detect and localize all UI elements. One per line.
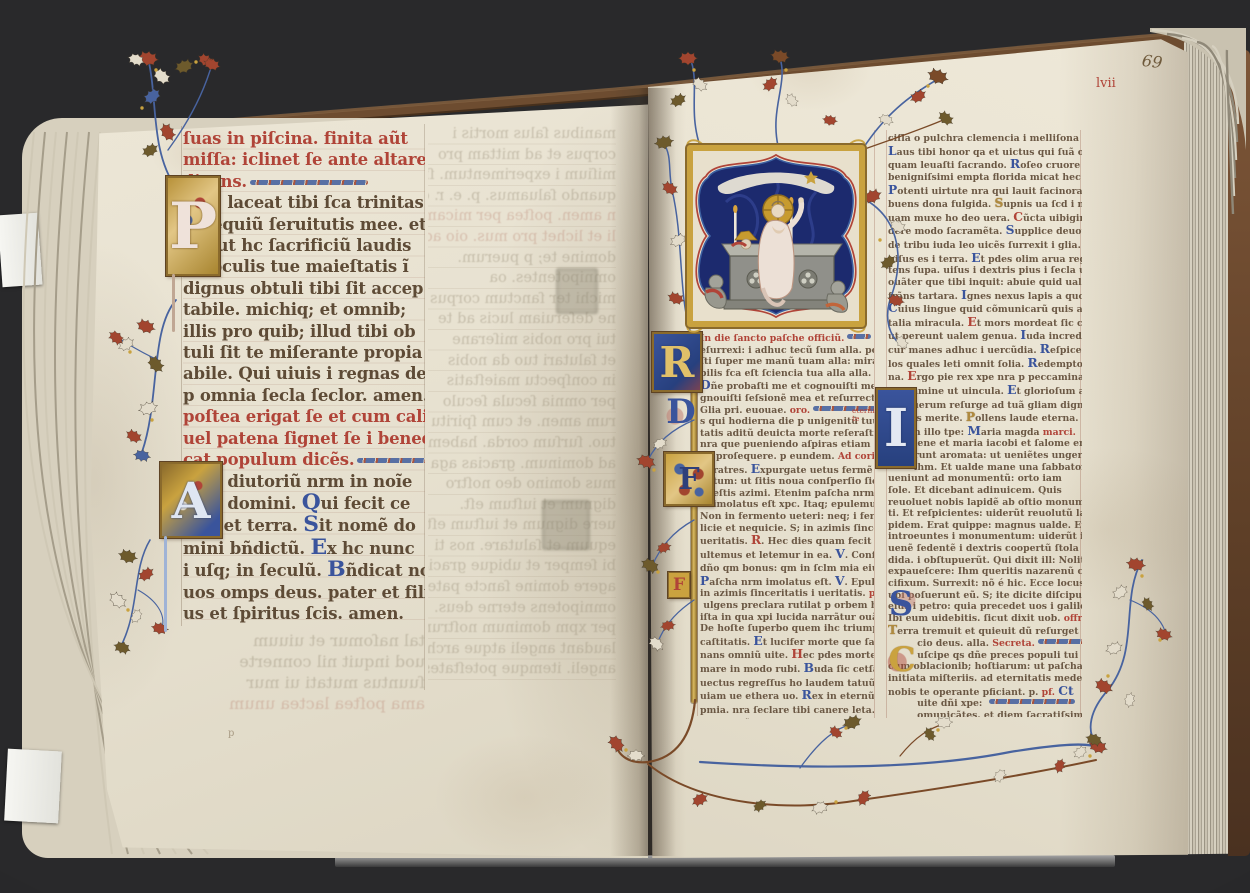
initial-resurrexi: R — [652, 332, 702, 392]
text-segment: uel patena ſignet ſe i benedi — [183, 429, 425, 448]
text-segment: lene et maria iacobi et ſalome eme — [888, 438, 1082, 449]
text-segment: t lucifer morte que ſauciã — [763, 637, 874, 648]
text-line: us et ſpiritus ſcis. amen. — [183, 603, 425, 624]
text-segment: R — [1010, 156, 1020, 171]
text-segment: upplice deuotaq; cet — [1014, 226, 1082, 237]
text-line: eſtis azimi. Etenim paſcha nrm: — [700, 488, 874, 500]
text-line: Hic uerum reſurge ad tuã gliam digna re — [888, 398, 1082, 412]
text-segment: pidem. Erat quippe: magnus ualde. Et — [888, 520, 1082, 531]
text-line: uod inquit nil connerte — [183, 651, 425, 672]
initial-communicantes: C — [886, 640, 918, 680]
text-segment: eſpice quo — [1050, 345, 1082, 356]
text-segment: iſta in qua xpi lucida narrãtur ouãs pre… — [700, 612, 874, 623]
text-segment: eſurrexi: i adhuc tecũ ſum alla. poſui — [700, 345, 874, 356]
text-segment: n amen. poſtea per micam — [428, 208, 616, 224]
text-segment: ñdicat no — [345, 561, 425, 580]
text-segment: quam leuaſti ſacrando. — [888, 160, 1010, 171]
text-line: eius i petro: quia precedet uos i galile… — [888, 601, 1082, 613]
text-line: dño qm bonus: qm in ſclm mia eius. Al — [700, 561, 874, 575]
text-line: ama poſtea lactea unum — [183, 693, 425, 714]
initial-fratres: F — [664, 452, 714, 506]
text-segment: uite dñi xpe: — [888, 698, 986, 709]
quire-mark: p — [228, 728, 234, 739]
text-segment: R — [751, 532, 761, 547]
text-line: in conſpectu maieſtatis — [428, 371, 616, 392]
pen-flourish — [357, 458, 425, 463]
text-line: ſuuntus mutati ui mur — [183, 672, 425, 693]
text-segment: de tribu iuda leo uicẽs ſurrexit i glia. — [888, 240, 1082, 251]
pen-flourish — [1038, 639, 1082, 644]
initial-suscipe: S — [886, 584, 916, 624]
text-line: eſurrexi: i adhuc tecũ ſum alla. poſui — [700, 345, 874, 357]
text-segment: per omnia ſecula ſeculo — [443, 394, 616, 410]
text-line: dignus obtuli tibi ſit accep — [183, 278, 425, 299]
text-line: expaueſcere: Ihm queritis nazarenũ cru — [888, 566, 1082, 578]
text-segment: dida. i obſtupuerũt. Qui dixit ill: Noli… — [888, 555, 1082, 566]
text-line: in azimis ſinceritatis i ueritatis. proſ… — [700, 588, 874, 600]
text-line: gnouiſti ſeſsionẽ mea et reſurrectionẽ m… — [700, 393, 874, 405]
text-segment: licie et nequicie. S; in azimis ſincerit… — [700, 523, 874, 534]
text-segment: tuli ſit te miſerante propia — [183, 343, 422, 362]
text-segment: omunicãtes. et diem ſacratiſsimũ ce — [888, 710, 1082, 717]
text-line: De hoſte ſuperbo quem ihc triumphauit pu… — [700, 623, 874, 635]
text-line: Cuius lingue quid cõmunicarũ quis audiui… — [888, 302, 1082, 316]
text-line: na. Ergo pie rex xpe nra p peccamina. Si — [888, 370, 1082, 384]
text-line: ne crimine ut uincula. Et glorioſum agni… — [888, 384, 1082, 398]
text-line: ouãter que tibi inquit: abuie quid ualet… — [888, 277, 1082, 289]
text-segment: tui pro nobis miſerane — [452, 332, 616, 348]
initial-placeat: P — [166, 176, 220, 276]
text-segment: t glorioſum agnicule — [1016, 386, 1082, 397]
text-segment: t mors mordeat ſic captiue — [977, 318, 1082, 329]
folio-number: 69 — [1141, 51, 1164, 72]
text-line: tuli ſit te miſerante propia — [183, 342, 425, 363]
text-segment: C — [1013, 209, 1023, 224]
text-line: uam muxe ho deo uera. Cũcta uibiginie pa… — [888, 211, 1082, 225]
text-segment: abile. Qui uiuis i regnas de — [183, 364, 425, 383]
text-line: talia miracula. Et mors mordeat ſic capt… — [888, 316, 1082, 330]
text-segment: ouãter que tibi inquit: abuie quid ualet… — [888, 277, 1082, 288]
text-segment: runt aromata: ut ueniẽtes ungerẽt — [888, 450, 1082, 461]
text-line: bilis fca eſt ſciencia tua alla alla. pſ — [700, 368, 874, 380]
text-line: co decorẽt uoce: qui morte ſupata atq; t… — [700, 716, 874, 719]
text-line: per xpm dominum noſtrum. — [428, 618, 616, 639]
text-line: angeli. itemque poteſtates. — [428, 659, 616, 680]
text-segment: uda incredula — [1026, 331, 1082, 342]
text-segment: corpus et ad mittam pro — [438, 147, 616, 163]
text-line: ueritatis. R. Hec dies quam fecit dñs ex — [700, 534, 874, 548]
text-segment: gnes nexus lapis a quo uictoria. — [967, 291, 1082, 302]
text-line: uiam ue ethera uo. Rex in eternũ ſuſcipe… — [700, 689, 874, 703]
text-segment: nans omniũ uite. — [700, 650, 791, 661]
text-segment: uod inquit nil connerte — [239, 652, 425, 671]
marginal-note: eterni te — [852, 407, 880, 423]
text-segment: frãns tartara. — [888, 291, 961, 302]
pen-flourish — [989, 699, 1075, 704]
text-segment: uectus regreſſus ho laudem tatuũ. — [700, 678, 874, 689]
text-segment: P — [700, 573, 709, 588]
text-segment: ollens laude eterna. — [975, 413, 1082, 424]
text-line: ueniunt ad monumentũ: orto iam — [888, 473, 1082, 485]
text-line: ihm. Et ualde mane una ſabbatorũ — [888, 462, 1082, 474]
text-segment: i uſq; in ſeculũ. — [183, 561, 327, 580]
text-segment: offr. — [1064, 613, 1082, 624]
text-line: agere domine ſancte pater — [428, 577, 616, 598]
text-segment: E — [753, 633, 762, 648]
text-segment: in conſpectu maieſtatis — [447, 373, 616, 389]
text-segment: Ad corinthios — [838, 451, 874, 462]
text-line: uectus regreſſus ho laudem tatuũ. Dñi ue… — [700, 676, 874, 690]
text-segment: ſti ſuper me manũ tuam alla: mira — [700, 356, 874, 367]
text-line: tal naſomur et uiuum — [183, 630, 425, 651]
left-column-2-showthrough: manibus ſalus mortis icorpus et ad mitta… — [428, 124, 616, 690]
text-segment: eſtis azimi. Etenim paſcha nrm: — [700, 488, 874, 499]
text-line: laudant angeli atque arch — [428, 639, 616, 660]
text-segment: S — [303, 512, 319, 537]
text-segment: ama poſtea lactea unum — [229, 694, 425, 713]
text-line: uel patena ſignet ſe i benedi — [183, 428, 425, 449]
text-segment: in azimis ſinceritatis i ueritatis. — [700, 588, 869, 599]
text-segment: E — [907, 368, 916, 383]
text-line: dida. i obſtupuerũt. Qui dixit ill: Noli… — [888, 555, 1082, 567]
text-line: ratres. Expurgate uetus fermẽ — [700, 463, 874, 477]
text-line: ſiſtens merite. Pollens laude eterna. Sc… — [888, 411, 1082, 425]
text-segment: ex in eternũ ſuſcipe benignus — [812, 691, 874, 702]
text-segment: aria magda — [981, 427, 1043, 438]
text-segment: R — [1028, 355, 1038, 370]
text-line: miſium i experimentum. ſit — [428, 165, 616, 186]
text-line: uenẽ ſedentẽ i dextris coopertũ ſtola cã — [888, 543, 1082, 555]
text-segment: tens ſupa. uiſus i dextris pius i ſecla … — [888, 265, 1082, 276]
text-segment: miſſa: iclinet ſe ante altare — [183, 150, 425, 169]
text-segment: ut pereunt ualem genua. — [888, 331, 1020, 342]
text-line: licie et nequicie. S; in azimis ſincerit… — [700, 523, 874, 535]
text-line: reuoluet nobis lapidẽ ab oſtio monumẽ — [888, 497, 1082, 509]
text-segment: do proſequere. p eundem. — [700, 451, 838, 462]
text-line: imolatus eſt xpc. Itaq; epulemur — [700, 499, 874, 511]
text-segment: tum: ut ſitis noua conſperſio ſicut — [700, 476, 874, 487]
text-line: iſta in qua xpi lucida narrãtur ouãs pre… — [700, 612, 874, 624]
text-line: ut pereunt ualem genua. Iuda incredula — [888, 329, 1082, 343]
text-segment: quando ſaluamus. p. e. r. o — [428, 188, 616, 204]
text-segment: ultemus et letemur in ea. — [700, 550, 835, 561]
text-segment: ui fecit ce — [321, 494, 411, 513]
text-segment: . Confitemini — [845, 550, 874, 561]
text-line: et ſalutari tuo da nobis — [428, 351, 616, 372]
text-line: tuo. ſurſum corda. habemus — [428, 433, 616, 454]
text-line: Potenti uirtute nra qui lauit facinora. … — [888, 184, 1082, 198]
text-segment: aus tibi honor qa et uictus qui ſuã ouẽ — [897, 147, 1082, 158]
text-line: introeuntes i monumentum: uiderũt iu — [888, 531, 1082, 543]
text-line: ſti ſuper me manũ tuam alla: mira — [700, 356, 874, 368]
text-line: Non in fermento ueteri: neq; i fermẽto m… — [700, 511, 874, 523]
text-segment: domine te; p puerum. — [457, 250, 616, 266]
text-line: caſtitatis. Et lucifer morte que ſauciã — [700, 635, 874, 649]
pen-flourish — [250, 180, 368, 185]
left-column-1-showthrough: tal naſomur et uiuumuod inquit nil conne… — [183, 630, 425, 722]
text-segment: Non in fermento ueteri: neq; i fermẽto m… — [700, 511, 874, 522]
text-segment: De hoſte ſuperbo quem ihc triumphauit pu… — [700, 623, 874, 634]
text-segment: buens dona fulgida. — [888, 199, 994, 210]
text-segment: introeuntes i monumentum: uiderũt iu — [888, 531, 1082, 542]
manuscript-photo: ſuas in piſcina. finita aũtmiſſa: icline… — [0, 0, 1250, 893]
text-segment: P — [888, 182, 897, 197]
text-segment: oro. — [790, 405, 810, 416]
text-segment: Q — [302, 490, 321, 515]
text-segment: marci. — [1043, 427, 1076, 438]
text-line: Ibi eum uidebitis. ſicut dixit uob. offr… — [888, 613, 1082, 625]
text-segment: ad dominum. gracias aga — [431, 456, 616, 472]
text-segment: imolatus eſt xpc. Itaq; epulemur — [700, 499, 874, 510]
text-segment: ubi poſuerunt eũ. S; ite dicite diſcipul… — [888, 590, 1082, 601]
text-line: corpus et ad mittam pro — [428, 145, 616, 166]
text-segment: H — [791, 646, 803, 661]
text-segment: ſole. Et dicebant adinuicem. Quis — [888, 485, 1062, 496]
text-segment: mini bñdictũ. — [183, 539, 310, 558]
text-line: poſtea erigat ſe et cum calice — [183, 406, 425, 427]
text-segment: V — [835, 546, 845, 561]
text-segment: uenẽ ſedentẽ i dextris coopertũ ſtola cã — [888, 543, 1082, 554]
text-line: frãns tartara. Ignes nexus lapis a quo u… — [888, 289, 1082, 303]
text-segment: dño qm bonus: qm in ſclm mia eius. — [700, 563, 874, 574]
text-segment: mare in modo rubi. — [700, 664, 804, 675]
text-line: ſuas in piſcina. finita aũt — [183, 128, 425, 149]
text-segment: Ct — [1058, 683, 1073, 698]
text-segment: edemptor carmi — [1038, 359, 1082, 370]
initial-deus-qui: D — [666, 392, 696, 432]
text-segment: gnouiſti ſeſsionẽ mea et reſurrectionẽ m… — [700, 393, 874, 404]
text-segment: poſtea erigat ſe et cum calice — [183, 407, 425, 426]
text-segment: ñe probaſti me et cognouiſti me: tu co — [711, 381, 874, 392]
text-segment: et ſalutari tuo da nobis — [448, 353, 616, 369]
text-segment: erra tremuit et quieuit dũ reſurget i iu… — [897, 626, 1082, 637]
text-segment: ueniunt ad monumentũ: orto iam — [888, 473, 1062, 484]
text-line: benigniſsimi empta florida micat hec aul… — [888, 172, 1082, 184]
text-segment: tabile. michiq; et omnib; — [183, 300, 406, 319]
text-line: ad dominum. gracias aga — [428, 454, 616, 475]
text-segment: omnipotens eterne deus. — [434, 600, 616, 616]
text-line: nobis te operante pficiant. p. pf. Ct — [888, 685, 1082, 699]
text-line: tabile. michiq; et omnib; — [183, 299, 425, 320]
text-line: pidem. Erat quippe: magnus ualde. Et — [888, 520, 1082, 532]
text-line: rum amen. et cum ſpiritu — [428, 412, 616, 433]
text-segment: rgo pie rex xpe nra p peccamina. — [917, 372, 1082, 383]
text-line: do proſequere. p eundem. Ad corinthios — [700, 451, 874, 463]
text-line: s qui hodierna die p unigenitũ tuũ etern… — [700, 416, 874, 428]
text-segment: ti. Et reſpicientes: uiderũt reuolutũ la — [888, 508, 1082, 519]
text-segment: S — [994, 195, 1003, 210]
text-segment: E — [971, 250, 980, 265]
text-segment: mus domino deo noſtro — [446, 476, 616, 492]
text-segment: per xpm dominum noſtrum. — [428, 620, 616, 636]
text-segment: x hc nunc — [327, 539, 415, 558]
text-segment: bilis fca eſt ſciencia tua alla alla. — [700, 368, 874, 379]
text-segment: Glia pri. euouae. — [700, 405, 790, 416]
initial-fulgens: F — [668, 572, 690, 598]
text-segment: R — [802, 687, 812, 702]
text-line: ciſla o pulchra clemencia i melliſona o … — [888, 133, 1082, 145]
text-segment: na. — [888, 372, 907, 383]
text-line: per omnia ſecula ſeculo — [428, 392, 616, 413]
text-segment: bi ſemper et ubique gracias — [428, 558, 616, 574]
text-line: buens dona fulgida. Supnis ua ſcd i meue… — [888, 197, 1082, 211]
text-segment: dignum et iuſtum eſt. — [459, 497, 616, 513]
text-line: uos omps deus. pater et fili — [183, 582, 425, 603]
text-line: cifixum. Surrexit: nõ é hic. Ecce locus: — [888, 578, 1082, 590]
text-line: de tribu iuda leo uicẽs ſurrexit i glia.… — [888, 238, 1082, 252]
text-segment: pf. — [1042, 687, 1055, 698]
text-segment: otenti uirtute nra qui lauit facinora. t… — [897, 186, 1082, 197]
text-line: mini bñdictũ. Ex hc nunc — [183, 537, 425, 559]
text-segment: us et ſpiritus ſcis. amen. — [183, 604, 404, 623]
text-segment: T — [888, 622, 897, 637]
text-line: pmia. nra ſeclare tibi canere leta. Patr… — [700, 703, 874, 717]
text-line: abile. Qui uiuis i regnas de — [183, 363, 425, 384]
right-column-2: ciſla o pulchra clemencia i melliſona o … — [888, 133, 1082, 717]
text-line: tens ſupa. uiſus i dextris pius i ſecla … — [888, 265, 1082, 277]
text-segment: miſium i experimentum. ſit — [428, 167, 616, 183]
text-segment: benigniſsimi empta florida micat hec aul… — [888, 172, 1082, 183]
text-line: ti. Et reſpicientes: uiderũt reuolutũ la — [888, 508, 1082, 520]
text-line: Dñe probaſti me et cognouiſti me: tu co — [700, 379, 874, 393]
text-line: nans omniũ uite. Hec pdes morte fuit qua… — [700, 648, 874, 662]
text-segment: uda ſic cetſa regina iſta — [814, 664, 874, 675]
text-line: omnipotens eterne deus. — [428, 598, 616, 619]
text-segment: expaueſcere: Ihm queritis nazarenũ cru — [888, 566, 1082, 577]
text-segment: ueritatis. — [700, 536, 751, 547]
text-line: omunicãtes. et diem ſacratiſsimũ ce — [888, 710, 1082, 717]
text-segment: t pdes olim arua regna pe — [981, 254, 1082, 265]
text-segment: E — [751, 461, 760, 476]
text-line: n illo tpe: Maria magda marci. — [888, 425, 1082, 439]
text-segment: caſtitatis. — [700, 637, 753, 648]
text-segment: E — [310, 535, 326, 560]
text-segment: agere domine ſancte pater — [428, 579, 616, 595]
text-segment: dere modo ſacramẽta. — [888, 226, 1006, 237]
text-line: quando ſaluamus. p. e. r. o — [428, 186, 616, 207]
folio-roman-mark: lvii — [1096, 76, 1116, 91]
text-line: cur manes adhuc i uercũdia. Reſpice quo — [888, 343, 1082, 357]
text-line: Terra tremuit et quieuit dũ reſurget i i… — [888, 624, 1082, 638]
text-segment: talia miracula. — [888, 318, 967, 329]
text-segment: . Epulemur — [845, 577, 874, 588]
text-segment: B — [327, 557, 345, 582]
pen-flourish — [847, 334, 871, 339]
text-segment: ſuas in piſcina. finita aũt — [183, 129, 408, 148]
text-line: tui pro nobis miſerane — [428, 330, 616, 351]
text-segment: uiam ue ethera uo. — [700, 691, 802, 702]
text-segment: tal naſomur et uiuum — [253, 631, 425, 650]
text-segment: uam muxe ho deo uera. — [888, 213, 1013, 224]
text-line: los quales leti omnit ſolia. Redemptor c… — [888, 357, 1082, 371]
text-segment: Secreta. — [992, 638, 1035, 649]
showthrough-initial — [542, 500, 590, 550]
text-line: runt aromata: ut ueniẽtes ungerẽt — [888, 450, 1082, 462]
text-line: n amen. poſtea per micam — [428, 206, 616, 227]
showthrough-initial — [556, 268, 598, 314]
text-line: ulgens preclara rutilat p orbem hodie di… — [700, 600, 874, 612]
text-line: ubi poſuerunt eũ. S; ite dicite diſcipul… — [888, 590, 1082, 602]
text-segment: p omnia ſecla ſeclor. amen. — [183, 386, 425, 405]
text-line: uite dñi xpe: — [888, 698, 1082, 710]
initial-in-illo: I — [876, 388, 916, 468]
text-segment: M — [967, 423, 981, 438]
text-segment: oſeo cruore agni — [1020, 160, 1082, 171]
text-segment: tatis aditũ deuicta morte reſeraſti: uot… — [700, 428, 874, 439]
text-line: bi ſemper et ubique gracias — [428, 556, 616, 577]
text-line: mare in modo rubi. Buda ſic cetſa regina… — [700, 662, 874, 676]
text-line: lene et maria iacobi et ſalome eme — [888, 438, 1082, 450]
text-segment: nobis te operante pficiant. p. — [888, 687, 1042, 698]
text-segment: cifixum. Surrexit: nõ é hic. Ecce locus: — [888, 578, 1082, 589]
text-line: tatis aditũ deuicta morte reſeraſti: uot… — [700, 428, 874, 440]
text-line: dere modo ſacramẽta. Supplice deuotaq; c… — [888, 224, 1082, 238]
text-segment: ihm. Et ualde mane una ſabbatorũ — [888, 462, 1082, 473]
text-segment: rum amen. et cum ſpiritu — [431, 414, 616, 430]
text-line: p omnia ſecla ſeclor. amen. — [183, 385, 425, 406]
text-segment: uius lingue quid cõmunicarũ quis audiuit — [898, 304, 1082, 315]
text-line: Glia pri. euouae. oro. — [700, 405, 874, 417]
text-line: illis pro quib; illud tibi ob — [183, 321, 425, 342]
text-line: manibus ſalus mortis i — [428, 124, 616, 145]
text-segment: tuo. ſurſum corda. habemus — [428, 435, 616, 451]
text-segment: V — [835, 573, 845, 588]
text-segment: illis pro quib; illud tibi ob — [183, 322, 416, 341]
text-segment: ciſla o pulchra clemencia i melliſona o … — [888, 133, 1082, 144]
text-line: nra que pueniendo aſpiras etiam adiuuan — [700, 439, 874, 451]
text-segment: xpurgate uetus fermẽ — [760, 465, 872, 476]
text-segment: . Hec dies quam fecit dñs ex — [761, 536, 874, 547]
text-segment: R — [1040, 341, 1050, 356]
text-segment: ũcta uibiginie pan — [1023, 213, 1082, 224]
text-segment: L — [888, 143, 897, 158]
right-column-1: In die ſancto paſche officiũ.eſurrexi: i… — [700, 333, 874, 719]
text-line: miſſa: iclinet ſe ante altare — [183, 149, 425, 170]
text-line: domine te; p puerum. — [428, 248, 616, 269]
text-line: Laus tibi honor qa et uictus qui ſuã ouẽ — [888, 145, 1082, 159]
text-segment: B — [804, 660, 814, 675]
text-segment: uos omps deus. pater et fili — [183, 583, 425, 602]
ruling-line — [874, 130, 875, 718]
text-segment: proſa — [869, 588, 874, 599]
initial-adiutorium: A — [160, 462, 222, 538]
text-segment: E — [967, 314, 976, 329]
text-line: ultemus et letemur in ea. V. Confitemini — [700, 548, 874, 562]
text-line: tum: ut ſitis noua conſperſio ſicut — [700, 476, 874, 488]
text-segment: dignus obtuli tibi ſit accep — [183, 279, 423, 298]
text-line: quam leuaſti ſacrando. Roſeo cruore agni — [888, 158, 1082, 172]
text-segment: ulgens preclara rutilat p orbem hodie di… — [700, 600, 874, 611]
text-segment: nra que pueniendo aſpiras etiam adiuuan — [700, 439, 874, 450]
text-segment: In die ſancto paſche officiũ. — [700, 333, 844, 344]
text-segment: eius i petro: quia precedet uos i galile… — [888, 601, 1082, 612]
text-line: i uſq; in ſeculũ. Bñdicat no — [183, 559, 425, 581]
text-segment: it nomẽ do — [319, 516, 416, 535]
text-segment: li et lichet pro mus. oio ad — [428, 229, 616, 245]
text-line: In die ſancto paſche officiũ. — [700, 333, 874, 345]
text-segment: pmia. nra ſeclare tibi canere leta. — [700, 705, 874, 716]
text-line: Paſcha nrm imolatus eſt. V. Epulemur — [700, 575, 874, 589]
text-segment: manibus ſalus mortis i — [452, 126, 616, 142]
text-line: ſole. Et dicebant adinuicem. Quis — [888, 485, 1082, 497]
text-segment: s qui hodierna die p unigenitũ tuũ etern… — [700, 416, 874, 427]
text-line: uiſus es i terra. Et pdes olim arua regn… — [888, 252, 1082, 266]
text-line: mus domino deo noſtro — [428, 474, 616, 495]
text-segment: laudant angeli atque arch — [428, 641, 616, 657]
text-segment: co decorẽt uoce: qui morte ſupata atq; t… — [700, 718, 874, 719]
resurrection-miniature — [684, 140, 868, 332]
text-line: li et lichet pro mus. oio ad — [428, 227, 616, 248]
